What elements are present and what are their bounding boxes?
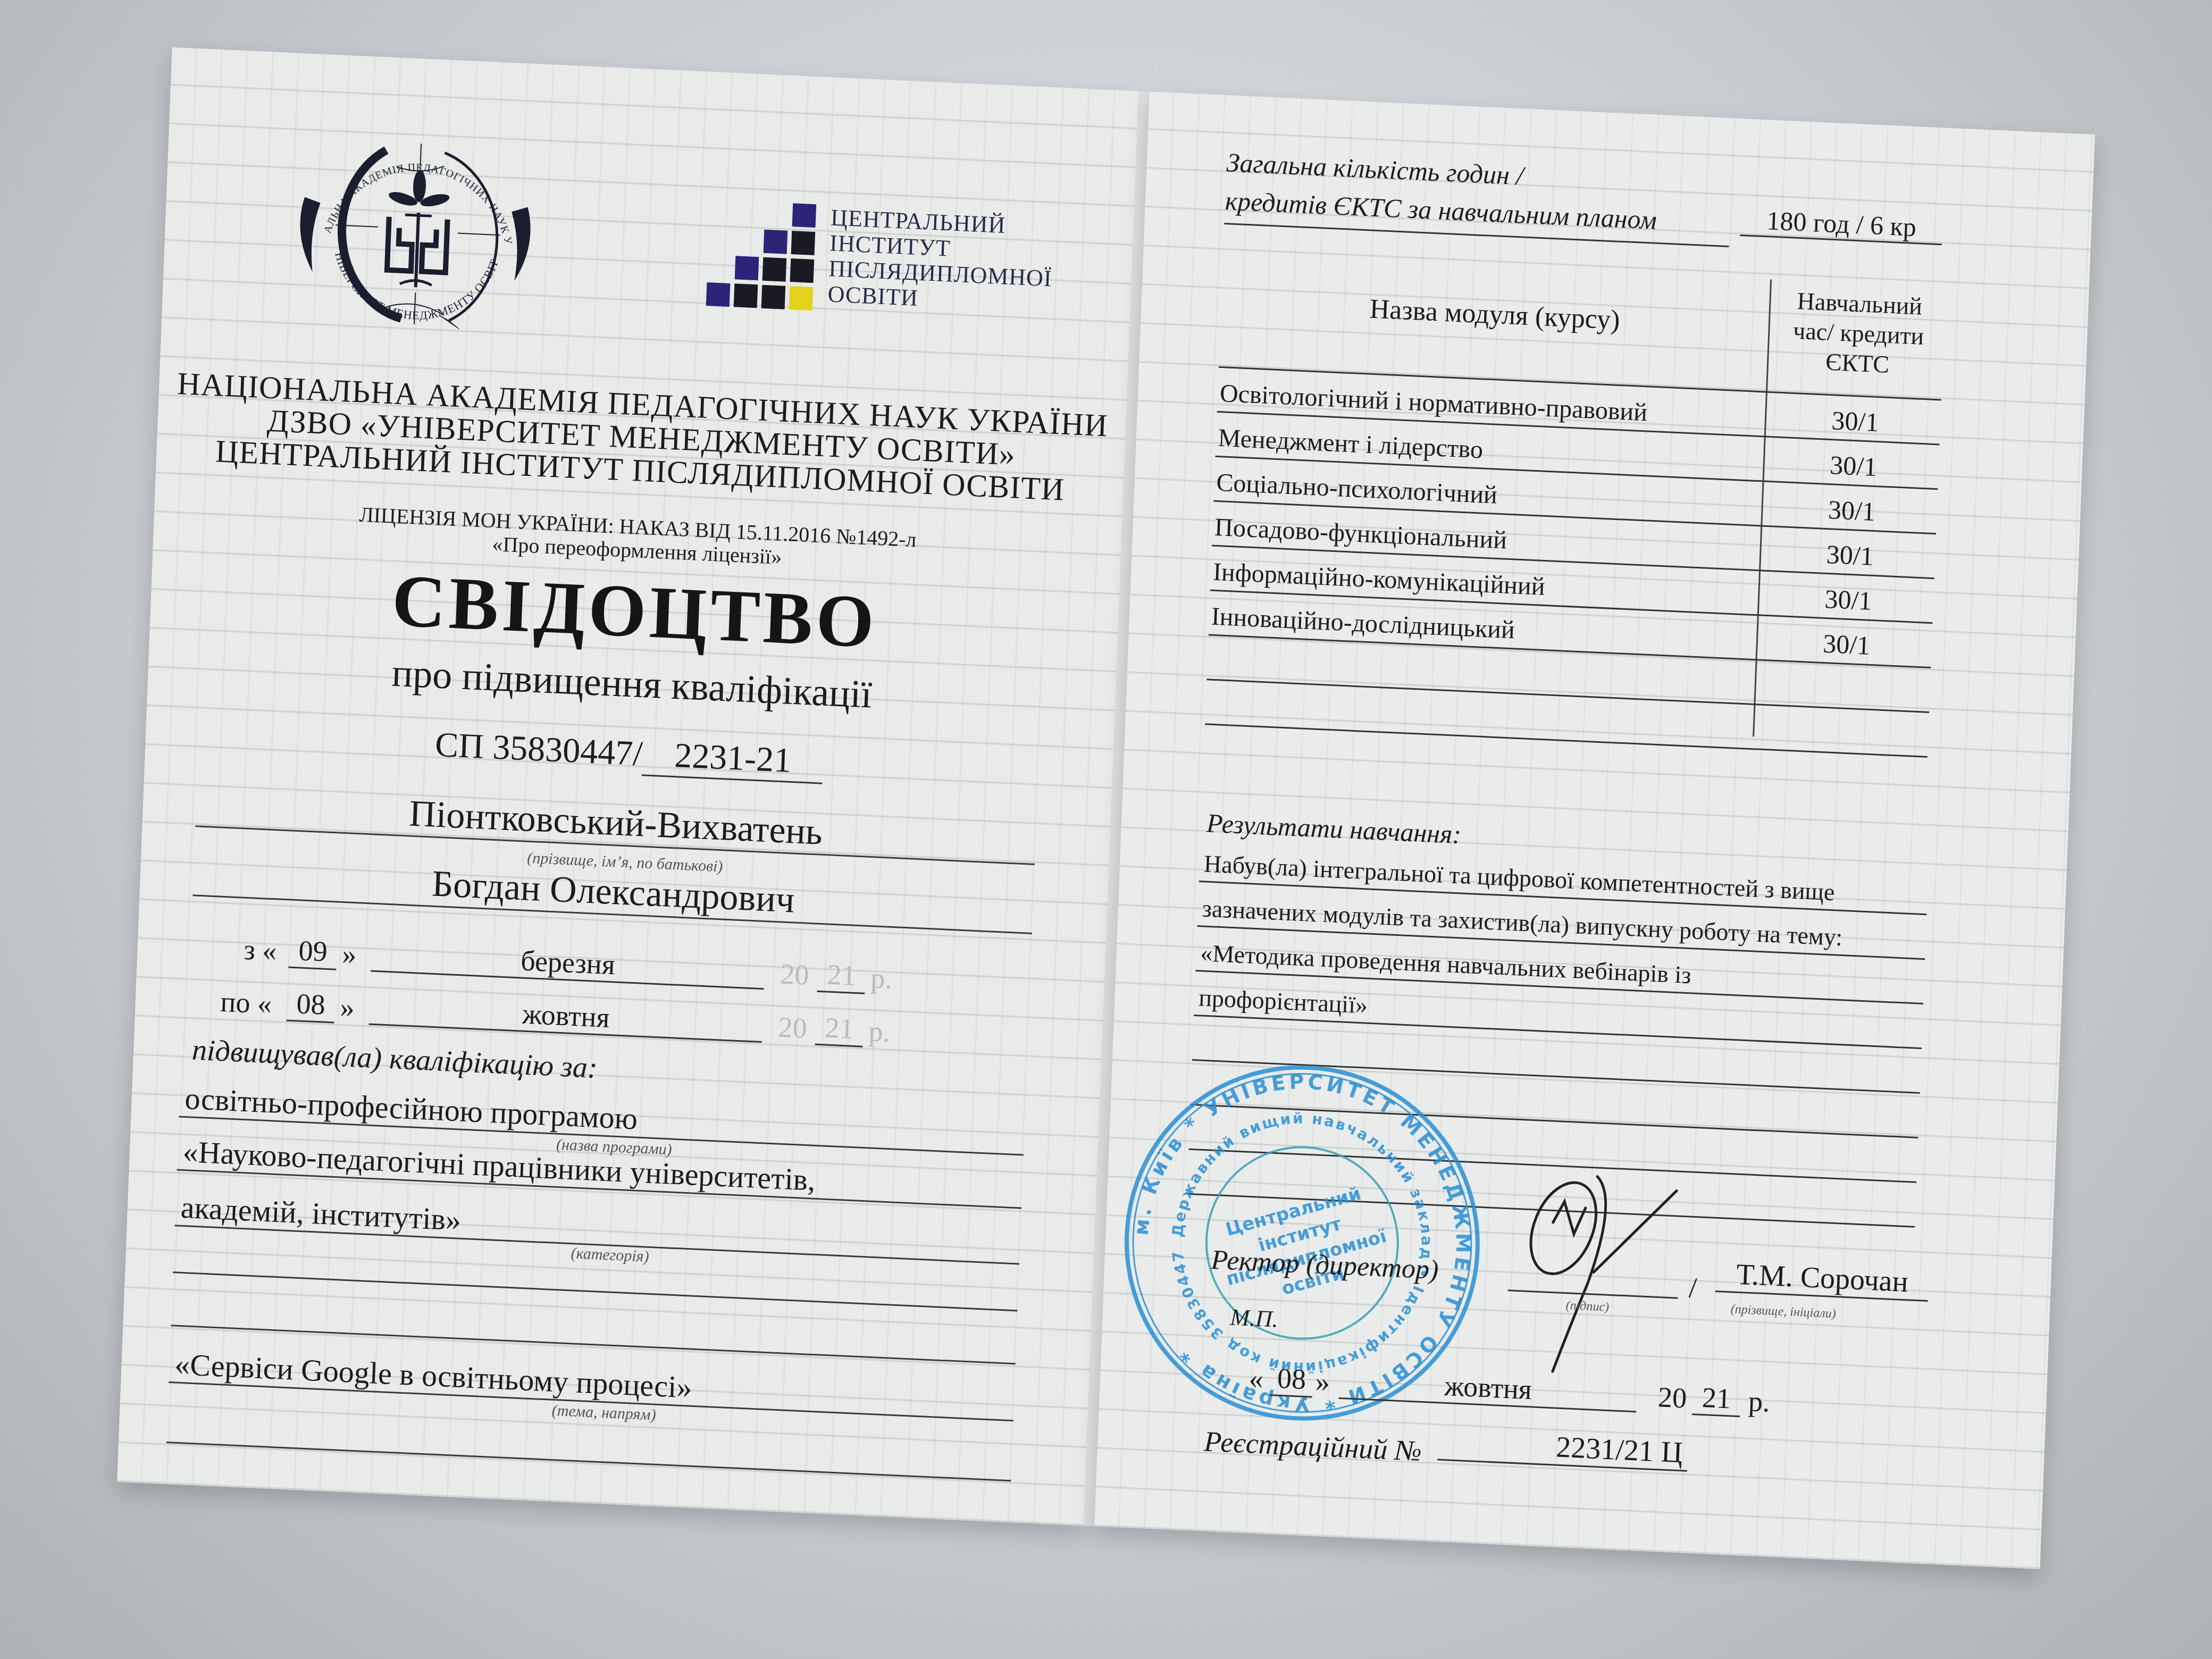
- logo-square-blue: [735, 256, 759, 280]
- table-header-module: Назва модуля (курсу): [1221, 287, 1769, 343]
- logo-square-black: [761, 285, 786, 309]
- start-century: 20: [780, 958, 809, 992]
- institute-logo-squares: [715, 200, 842, 328]
- certificate-back-page: Загальна кількість годин / кредитів ЄКТС…: [1094, 91, 2095, 1569]
- end-day: 08: [286, 987, 335, 1024]
- date-quote: »: [341, 937, 357, 971]
- modules-table: Назва модуля (курсу) Навчальний час/ кре…: [1222, 265, 1945, 298]
- surname-value: Піонтковський-Вихватень: [408, 793, 823, 853]
- module-hours: 30/1: [1764, 536, 1935, 574]
- date-prefix: з «: [243, 933, 277, 968]
- qualification-label: підвищував(ла) кваліфікацію за:: [191, 1033, 598, 1086]
- director-signature: [1494, 1161, 1704, 1383]
- date-suffix: р.: [1748, 1385, 1771, 1419]
- results-text: профорієнтації»: [1198, 983, 1368, 1019]
- date-prefix: по «: [220, 985, 273, 1020]
- module-hours: 30/1: [1766, 491, 1938, 530]
- module-hours: 30/1: [1763, 581, 1934, 619]
- logo-square-black: [790, 258, 815, 283]
- start-year: 21: [817, 958, 866, 994]
- logo-square-black: [734, 283, 758, 308]
- university-seal-logo: НАЦІОНАЛЬНА АКАДЕМІЯ ПЕДАГОГІЧНИХ НАУК У…: [278, 100, 552, 357]
- end-month: жовтня: [368, 991, 763, 1043]
- logo-square-black: [791, 231, 816, 255]
- issue-day: 08: [1270, 1361, 1313, 1398]
- logo-square-yellow: [789, 286, 814, 311]
- start-month: березня: [371, 937, 765, 990]
- logos-header: НАЦІОНАЛЬНА АКАДЕМІЯ ПЕДАГОГІЧНИХ НАУК У…: [278, 100, 1030, 379]
- registration-number: 2231/21 Ц: [1437, 1425, 1688, 1472]
- logo-square-blue: [792, 203, 817, 228]
- end-century: 20: [778, 1010, 808, 1044]
- date-quote: »: [1315, 1365, 1330, 1398]
- issue-century: 20: [1657, 1380, 1687, 1414]
- date-quote: »: [339, 991, 355, 1024]
- director-name: Т.М. Сорочан: [1715, 1256, 1929, 1302]
- logo-square-blue: [764, 230, 788, 254]
- module-hours: 30/1: [1768, 447, 1939, 485]
- date-quote: «: [1249, 1362, 1264, 1395]
- seal-place-label: М.П.: [1229, 1304, 1278, 1333]
- logo-square-black: [763, 257, 787, 282]
- date-suffix: р.: [868, 1015, 891, 1049]
- table-header-hours: Навчальний час/ кредити ЄКТС: [1772, 285, 1945, 382]
- institute-logo-text: ЦЕНТРАЛЬНИЙ ІНСТИТУТ ПІСЛЯДИПЛОМНОЇ ОСВІ…: [827, 205, 1054, 317]
- certificate-spread: НАЦІОНАЛЬНА АКАДЕМІЯ ПЕДАГОГІЧНИХ НАУК У…: [117, 47, 2095, 1569]
- date-suffix: р.: [870, 961, 893, 995]
- organization-names: НАЦІОНАЛЬНА АКАДЕМІЯ ПЕДАГОГІЧНИХ НАУК У…: [156, 366, 1126, 508]
- start-day: 09: [288, 934, 337, 970]
- certificate-front-page: НАЦІОНАЛЬНА АКАДЕМІЯ ПЕДАГОГІЧНИХ НАУК У…: [117, 47, 1139, 1526]
- results-lines: Набув(ла) інтегральної та цифрової компе…: [1150, 91, 2095, 135]
- certificate-number-value: 2231-21: [642, 734, 824, 784]
- signature-caption: (підпис): [1565, 1298, 1609, 1315]
- module-hours: 30/1: [1761, 625, 1932, 664]
- certificate-number-prefix: СП 35830447/: [434, 725, 643, 774]
- module-hours: 30/1: [1770, 402, 1941, 440]
- end-year: 21: [815, 1011, 864, 1048]
- director-caption: (прізвище, ініціали): [1730, 1302, 1836, 1321]
- issue-year: 21: [1692, 1380, 1741, 1417]
- total-hours-value: 180 год / 6 кр: [1740, 204, 1943, 245]
- module-hours: [1757, 745, 1928, 753]
- total-hours-label: Загальна кількість годин / кредитів ЄКТС…: [1225, 143, 1659, 239]
- separator: /: [1688, 1271, 1697, 1305]
- logo-square-blue: [706, 282, 731, 307]
- certificate-number: СП 35830447/2231-21: [145, 711, 1113, 798]
